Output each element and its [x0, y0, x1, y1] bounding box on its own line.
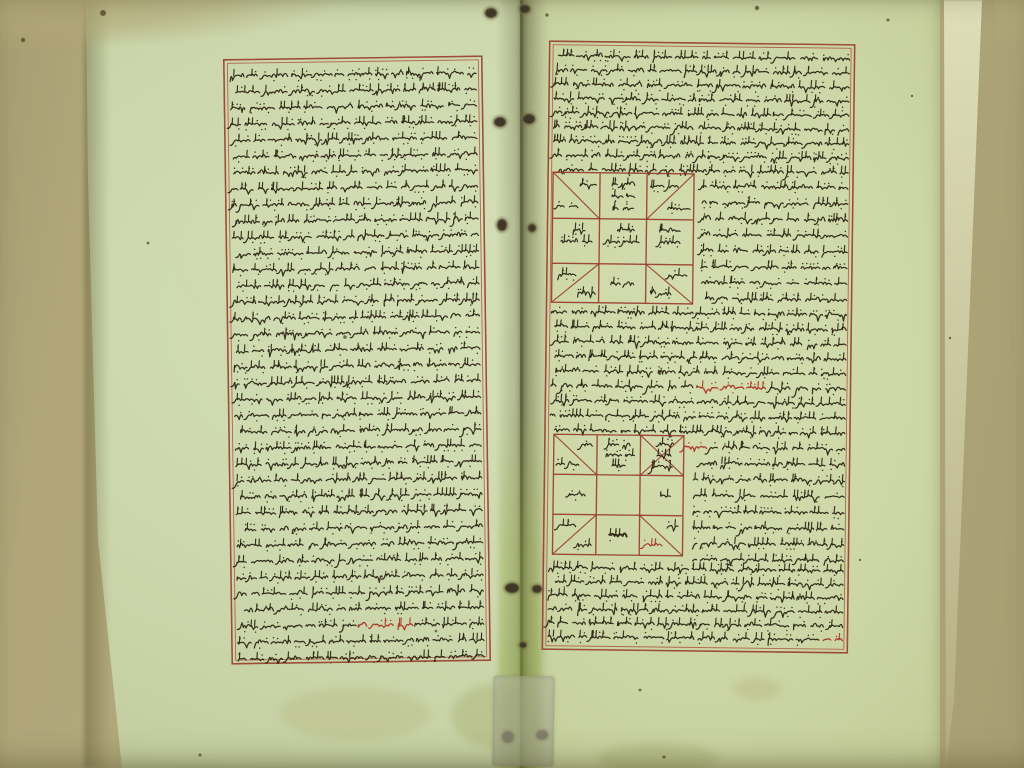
paper-stain	[598, 744, 718, 768]
red-ink-phrase	[820, 634, 846, 649]
right-text-block	[541, 40, 855, 654]
table-cell	[552, 263, 599, 303]
table-cell	[552, 218, 600, 264]
repair-tape-patch	[492, 676, 554, 767]
left-page-fold-shadow	[84, 0, 110, 768]
manuscript-photo	[0, 0, 1024, 768]
table-cell	[646, 219, 694, 265]
table-cell	[639, 515, 683, 556]
left-text-block	[223, 55, 491, 665]
table-cell	[597, 435, 641, 476]
table-cell	[553, 474, 597, 515]
table-cell	[596, 515, 640, 556]
table-cell	[552, 514, 596, 555]
table-cell	[640, 475, 684, 516]
right-page-handwriting	[541, 40, 855, 654]
table-cell	[553, 172, 601, 219]
table-cell	[599, 264, 646, 304]
left-page-handwriting	[223, 55, 491, 665]
table-cell	[600, 173, 648, 220]
table-cell	[646, 264, 693, 304]
paper-stain	[733, 678, 781, 700]
paper-stain	[280, 688, 430, 740]
table-cell	[596, 475, 640, 516]
table-cell	[647, 173, 695, 220]
cover-edge-top-right	[995, 0, 1024, 46]
table-cell	[599, 219, 647, 265]
red-ink-phrase	[358, 617, 414, 633]
red-ink-phrase	[694, 380, 765, 396]
table-cell	[553, 434, 597, 475]
table-cell	[640, 435, 684, 476]
